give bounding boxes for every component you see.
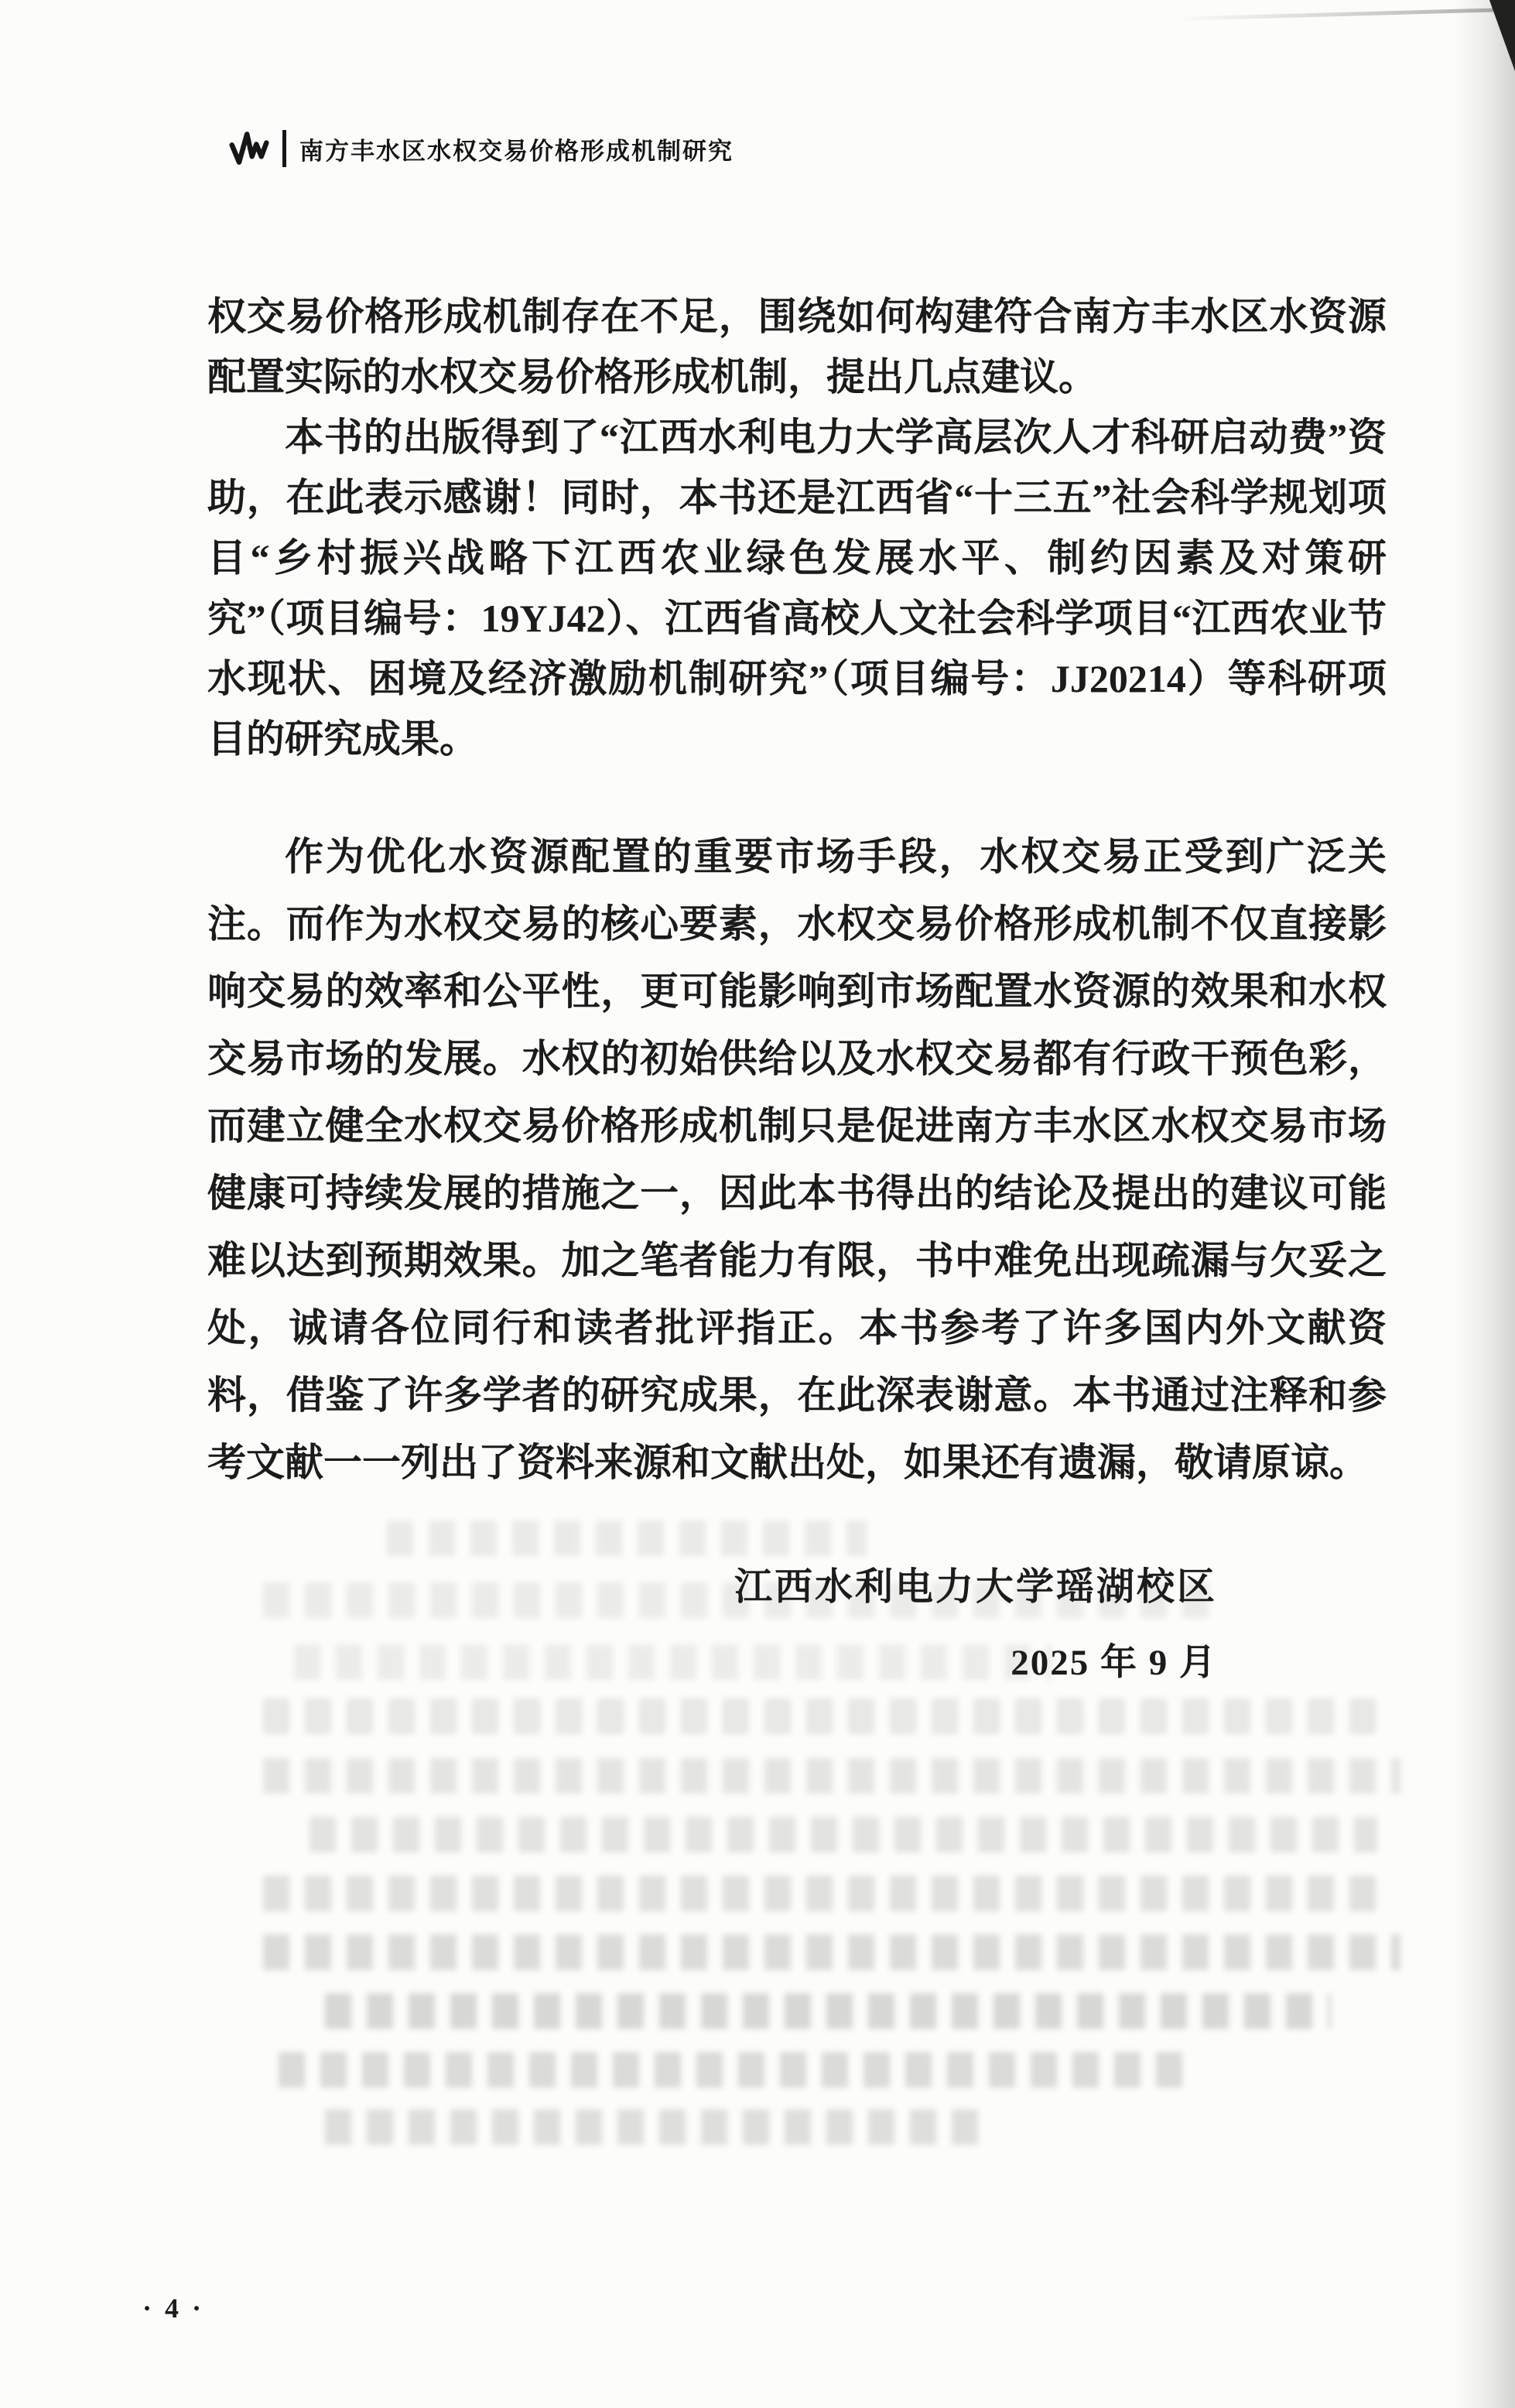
signature-block: 江西水利电力大学瑶湖校区 2025 年 9 月 — [734, 1565, 1217, 1685]
bleedthrough-ghost-row — [263, 1758, 1400, 1794]
scan-streak — [1175, 8, 1507, 21]
bleedthrough-ghost-row — [309, 1817, 1377, 1852]
signature-date: 2025 年 9 月 — [734, 1640, 1217, 1685]
header-divider — [282, 130, 286, 167]
page-number: · 4 · — [142, 2292, 204, 2324]
scanned-book-page: 南方丰水区水权交易价格形成机制研究 权交易价格形成机制存在不足，围绕如何构建符合… — [0, 0, 1515, 2408]
paragraph-continuation: 权交易价格形成机制存在不足，围绕如何构建符合南方丰水区水资源配置实际的水权交易价… — [207, 286, 1387, 407]
paragraph-closing: 作为优化水资源配置的重要市场手段，水权交易正受到广泛关注。而作为水权交易的核心要… — [207, 823, 1387, 1496]
paragraph-acknowledgement: 本书的出版得到了“江西水利电力大学高层次人才科研启动费”资助，在此表示感谢！同时… — [207, 407, 1387, 769]
bleedthrough-ghost-row — [279, 2052, 1192, 2088]
bleedthrough-ghost-row — [263, 1876, 1385, 1911]
bleedthrough-ghost-row — [325, 2109, 990, 2145]
bleedthrough-ghost-row — [325, 1993, 1331, 2029]
running-header-title: 南方丰水区水权交易价格形成机制研究 — [299, 132, 734, 166]
running-header: 南方丰水区水权交易价格形成机制研究 — [229, 130, 734, 167]
preface-body: 权交易价格形成机制存在不足，围绕如何构建符合南方丰水区水资源配置实际的水权交易价… — [207, 286, 1387, 1496]
bleedthrough-ghost-row — [263, 1934, 1400, 1970]
page-edge-shadow — [1455, 0, 1515, 2408]
wave-monogram-logo-icon — [229, 130, 269, 167]
bleedthrough-ghost-row — [387, 1520, 867, 1556]
signature-affiliation: 江西水利电力大学瑶湖校区 — [734, 1565, 1217, 1609]
bleedthrough-ghost-row — [263, 1698, 1385, 1734]
